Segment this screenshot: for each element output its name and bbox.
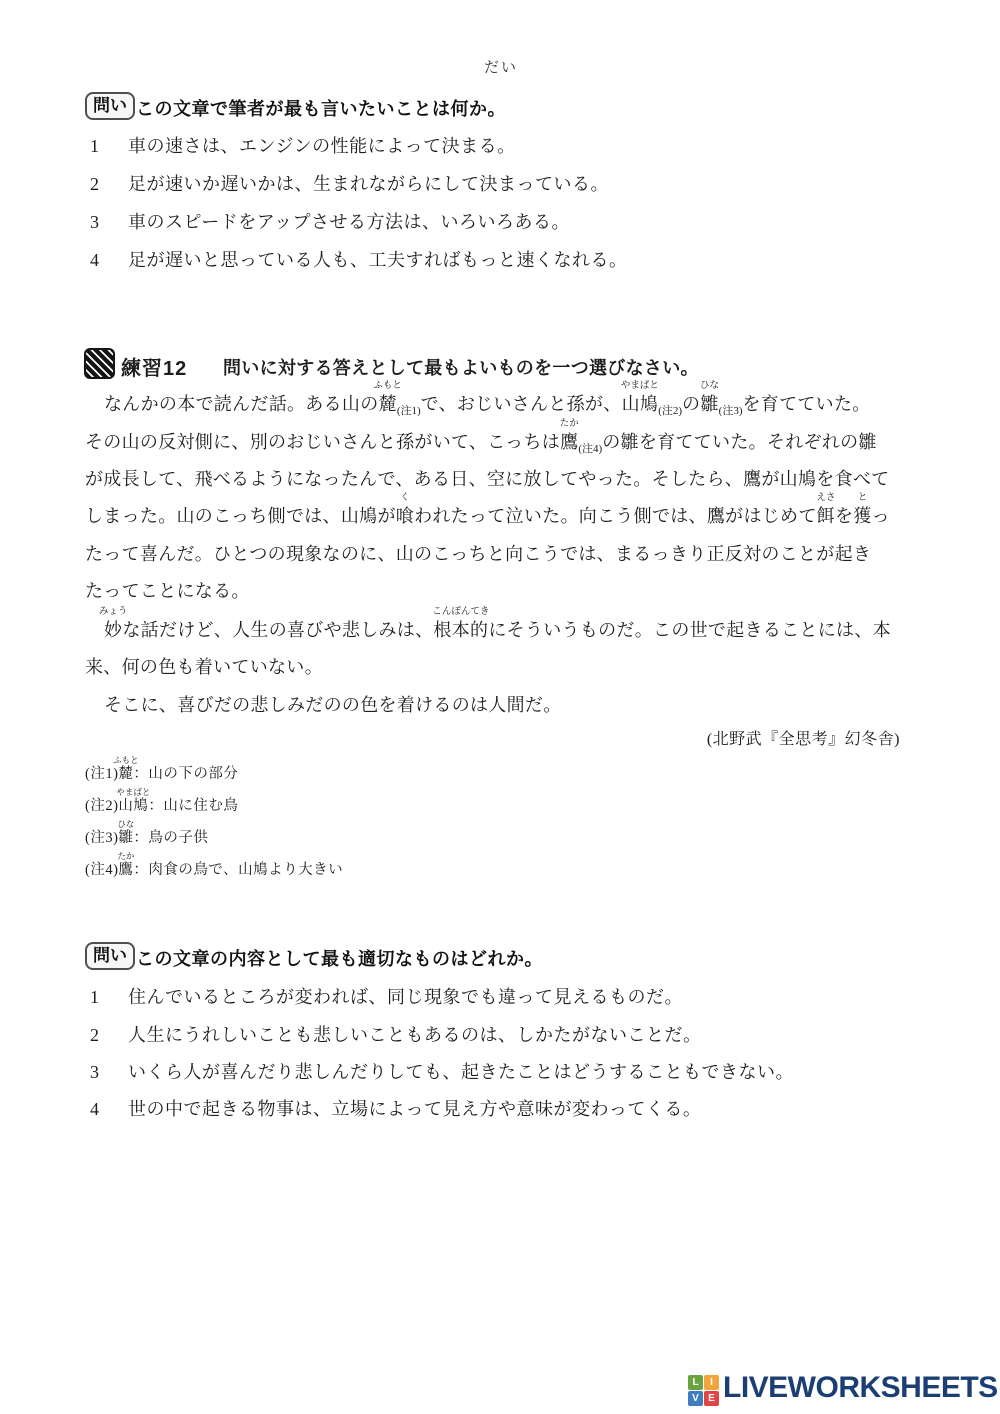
question2-title: この文章の内容として最も適切なものはどれか。: [136, 945, 543, 971]
passage-line: 来、何の色も着いていない。: [85, 654, 323, 680]
option-text: 人生にうれしいことも悲しいこともあるのは、しかたがないことだ。: [128, 1025, 702, 1045]
liveworksheets-logo-icon: L I V E: [688, 1375, 719, 1406]
note-line-3: (注3)雛ひな：鳥の子供: [85, 828, 208, 848]
hatched-square-icon: [84, 348, 115, 379]
passage-line: なんかの本で読んだ話。ある山の麓ふもと(注1)で、おじいさんと孫が、山鳩やまばと…: [85, 391, 871, 424]
note-line-2: (注2)山鳩やまばと：山に住む鳥: [85, 796, 238, 816]
logo-square-i: I: [704, 1375, 719, 1390]
option-number: 3: [90, 209, 128, 235]
worksheet-page: だい 問い この文章で筆者が最も言いたいことは何か。 1車の速さは、エンジンの性…: [0, 0, 1000, 1414]
note-line-4: (注4)鷹たか：肉食の鳥で、山鳩より大きい: [85, 860, 343, 880]
passage-line: その山の反対側に、別のおじいさんと孫がいて、こっちは鷹たか(注4)の雛を育ててい…: [85, 429, 877, 462]
option-text: 車のスピードをアップさせる方法は、いろいろある。: [128, 212, 570, 232]
liveworksheets-logo[interactable]: L I V E LIVEWORKSHEETS: [688, 1371, 998, 1406]
passage-line: が成長して、飛べるようになったんで、ある日、空に放してやった。そしたら、鷹が山鳩…: [85, 466, 889, 492]
logo-square-v: V: [688, 1391, 703, 1406]
option-number: 4: [90, 247, 128, 273]
passage-citation: (北野武『全思考』幻冬舎): [707, 726, 900, 749]
passage-line: 妙みょうな話だけど、人生の喜びや悲しみは、根本的こんぽんてきにそういうものだ。こ…: [85, 617, 891, 643]
logo-square-l: L: [688, 1375, 703, 1390]
question1-option-1[interactable]: 1車の速さは、エンジンの性能によって決まる。: [90, 133, 516, 159]
question2-option-3[interactable]: 3いくら人が喜んだり悲しんだりしても、起きたことはどうすることもできない。: [90, 1059, 794, 1085]
option-text: 足が速いか遅いかは、生まれながらにして決まっている。: [128, 174, 609, 194]
question2-option-4[interactable]: 4世の中で起きる物事は、立場によって見え方や意味が変わってくる。: [90, 1096, 701, 1122]
exercise-instruction: 問いに対する答えとして最もよいものを一つ選びなさい。: [223, 354, 699, 380]
passage-line: しまった。山のこっち側では、山鳩が喰くわれたって泣いた。向こう側では、鷹がはじめ…: [85, 503, 890, 529]
logo-square-e: E: [704, 1391, 719, 1406]
exercise-label: 練習12: [121, 352, 187, 381]
question1-title: この文章で筆者が最も言いたいことは何か。: [136, 95, 506, 121]
option-number: 1: [90, 133, 128, 159]
question2-badge: 問い: [85, 942, 135, 970]
question1-option-2[interactable]: 2足が速いか遅いかは、生まれながらにして決まっている。: [90, 171, 609, 197]
dai-furigana: だい: [484, 56, 518, 77]
option-text: 車の速さは、エンジンの性能によって決まる。: [128, 136, 516, 156]
option-text: いくら人が喜んだり悲しんだりしても、起きたことはどうすることもできない。: [128, 1062, 794, 1082]
option-number: 2: [90, 171, 128, 197]
option-number: 1: [90, 984, 128, 1010]
question1-badge: 問い: [85, 92, 135, 120]
passage-line: たってことになる。: [85, 578, 250, 604]
question2-option-2[interactable]: 2人生にうれしいことも悲しいこともあるのは、しかたがないことだ。: [90, 1022, 702, 1048]
question2-option-1[interactable]: 1住んでいるところが変われば、同じ現象でも違って見えるものだ。: [90, 984, 683, 1010]
passage-line: たって喜んだ。ひとつの現象なのに、山のこっちと向こうでは、まるっきり正反対のこと…: [85, 541, 871, 567]
option-number: 4: [90, 1096, 128, 1122]
option-text: 足が遅いと思っている人も、工夫すればもっと速くなれる。: [128, 250, 628, 270]
question1-option-3[interactable]: 3車のスピードをアップさせる方法は、いろいろある。: [90, 209, 570, 235]
passage-line: そこに、喜びだの悲しみだのの色を着けるのは人間だ。: [85, 692, 562, 718]
liveworksheets-logo-text: LIVEWORKSHEETS: [723, 1371, 998, 1405]
option-text: 世の中で起きる物事は、立場によって見え方や意味が変わってくる。: [128, 1099, 701, 1119]
option-number: 3: [90, 1059, 128, 1085]
option-text: 住んでいるところが変われば、同じ現象でも違って見えるものだ。: [128, 987, 683, 1007]
question1-option-4[interactable]: 4足が遅いと思っている人も、工夫すればもっと速くなれる。: [90, 247, 628, 273]
option-number: 2: [90, 1022, 128, 1048]
note-line-1: (注1)麓ふもと：山の下の部分: [85, 764, 238, 784]
